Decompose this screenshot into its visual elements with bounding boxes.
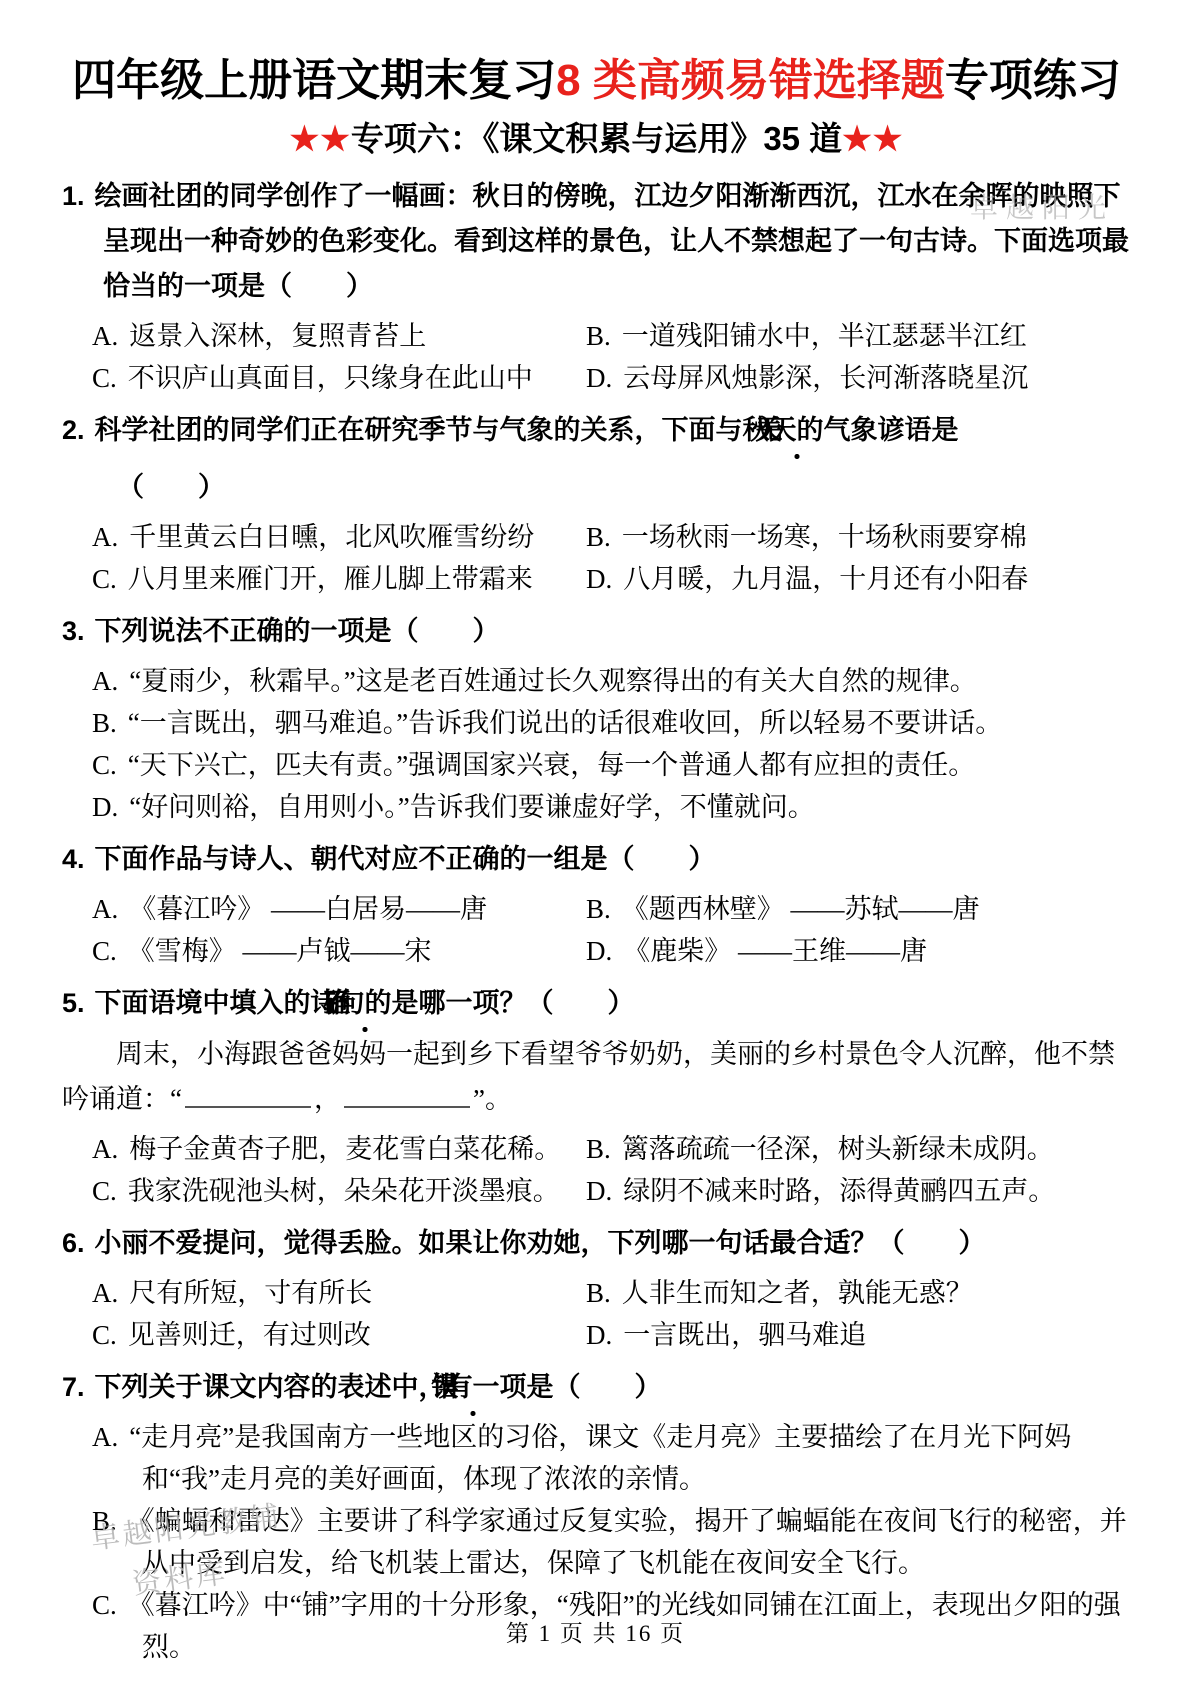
- question-stem: 2.科学社团的同学们正在研究季节与气象的关系，下面与秋天无关的气象谚语是: [62, 408, 1131, 453]
- option-label: A.: [92, 321, 118, 351]
- option-A: A.尺有所短，寸有所长: [92, 1272, 586, 1314]
- option-text: 不识庐山真面目，只缘身在此山中: [128, 363, 533, 393]
- option-text: 《题西林壁》 ——苏轼——唐: [622, 894, 980, 924]
- option-label: B.: [586, 894, 611, 924]
- stars-right-icon: ★★: [842, 120, 903, 157]
- option-text: 云母屏风烛影深，长河渐落晓星沉: [623, 363, 1028, 393]
- option-label: C.: [92, 1176, 117, 1206]
- option-A: A.梅子金黄杏子肥，麦花雪白菜花稀。: [92, 1128, 586, 1170]
- stars-left-icon: ★★: [290, 120, 351, 157]
- option-text: 梅子金黄杏子肥，麦花雪白菜花稀。: [129, 1134, 561, 1164]
- option-text: 返景入深林，复照青苔上: [129, 321, 426, 351]
- question-block: 4.下面作品与诗人、朝代对应不正确的一组是（ ）A.《暮江吟》 ——白居易——唐…: [62, 837, 1131, 972]
- option-A: A.“走月亮”是我国南方一些地区的习俗，课文《走月亮》主要描绘了在月光下阿妈和“…: [92, 1416, 1131, 1500]
- question-number: 7.: [62, 1372, 85, 1402]
- option-text: 绿阴不减来时路，添得黄鹂四五声。: [623, 1176, 1055, 1206]
- options-list: A.《暮江吟》 ——白居易——唐B.《题西林壁》 ——苏轼——唐C.《雪梅》 —…: [92, 888, 1131, 972]
- worksheet-page: 四年级上册语文期末复习8 类高频易错选择题专项练习 ★★专项六：《课文积累与运用…: [0, 0, 1191, 1668]
- option-text: 八月里来雁门开，雁儿脚上带霜来: [128, 564, 533, 594]
- question-stem: 4.下面作品与诗人、朝代对应不正确的一组是（ ）: [62, 837, 1131, 882]
- option-A: A.“夏雨少，秋霜早。”这是老百姓通过长久观察得出的有关大自然的规律。: [92, 660, 1131, 702]
- option-text: 八月暖，九月温，十月还有小阳春: [623, 564, 1028, 594]
- option-label: C.: [92, 564, 117, 594]
- question-block: 5.下面语境中填入的诗句不正确的是哪一项？（ ）周末，小海跟爸爸妈妈一起到乡下看…: [62, 981, 1131, 1212]
- question-block: 6.小丽不爱提问，觉得丢脸。如果让你劝她，下列哪一句话最合适？（ ）A.尺有所短…: [62, 1221, 1131, 1356]
- option-B: B.“一言既出，驷马难追。”告诉我们说出的话很难收回，所以轻易不要讲话。: [92, 702, 1131, 744]
- option-C: C.《雪梅》 ——卢钺——宋: [92, 930, 586, 972]
- option-label: B.: [586, 1134, 611, 1164]
- question-number: 5.: [62, 988, 85, 1018]
- option-B: B.一场秋雨一场寒，十场秋雨要穿棉: [586, 516, 1131, 558]
- option-B: B.一道残阳铺水中，半江瑟瑟半江红: [586, 315, 1131, 357]
- title-part-red: 8 类高频易错选择题: [556, 56, 945, 105]
- option-D: D.一言既出，驷马难追: [586, 1314, 1131, 1356]
- title-part-black-1: 四年级上册语文期末复习: [72, 56, 556, 105]
- question-number: 4.: [62, 844, 85, 874]
- option-text: 一场秋雨一场寒，十场秋雨要穿棉: [622, 522, 1027, 552]
- option-text: 尺有所短，寸有所长: [129, 1278, 372, 1308]
- question-stem: 5.下面语境中填入的诗句不正确的是哪一项？（ ）: [62, 981, 1131, 1026]
- option-C: C.“天下兴亡，匹夫有责。”强调国家兴衰，每一个普通人都有应担的责任。: [92, 744, 1131, 786]
- option-C: C.八月里来雁门开，雁儿脚上带霜来: [92, 558, 586, 600]
- option-label: B.: [586, 522, 611, 552]
- option-C: C.不识庐山真面目，只缘身在此山中: [92, 357, 586, 399]
- question-block: 2.科学社团的同学们正在研究季节与气象的关系，下面与秋天无关的气象谚语是（ ）A…: [62, 408, 1131, 600]
- question-stem: 3.下列说法不正确的一项是（ ）: [62, 609, 1131, 654]
- option-label: C.: [92, 936, 117, 966]
- option-D: D.《鹿柴》 ——王维——唐: [586, 930, 1131, 972]
- option-label: D.: [586, 936, 612, 966]
- option-label: B.: [586, 321, 611, 351]
- question-context: 周末，小海跟爸爸妈妈一起到乡下看望爷爷奶奶，美丽的乡村景色令人沉醉，他不禁吟诵道…: [62, 1032, 1131, 1122]
- option-label: B.: [92, 708, 117, 738]
- option-label: C.: [92, 750, 117, 780]
- option-text: “走月亮”是我国南方一些地区的习俗，课文《走月亮》主要描绘了在月光下阿妈和“我”…: [129, 1422, 1071, 1494]
- blank-underline: [344, 1081, 470, 1108]
- option-text: 一言既出，驷马难追: [623, 1320, 866, 1350]
- option-text: 我家洗砚池头树，朵朵花开淡墨痕。: [128, 1176, 560, 1206]
- option-label: D.: [586, 1320, 612, 1350]
- option-text: 《暮江吟》 ——白居易——唐: [129, 894, 487, 924]
- option-text: 《雪梅》 ——卢钺——宋: [128, 936, 432, 966]
- options-list: A.尺有所短，寸有所长B.人非生而知之者，孰能无惑？C.见善则迁，有过则改D.一…: [92, 1272, 1131, 1356]
- option-label: A.: [92, 1278, 118, 1308]
- question-block: 3.下列说法不正确的一项是（ ）A.“夏雨少，秋霜早。”这是老百姓通过长久观察得…: [62, 609, 1131, 828]
- question-number: 1.: [62, 181, 85, 211]
- page-number-footer: 第 1 页 共 16 页: [0, 1615, 1191, 1648]
- option-label: A.: [92, 1422, 118, 1452]
- option-text: 千里黄云白日曛，北风吹雁雪纷纷: [129, 522, 534, 552]
- option-B: B.人非生而知之者，孰能无惑？: [586, 1272, 1131, 1314]
- question-list: 1.绘画社团的同学创作了一幅画：秋日的傍晚，江边夕阳渐渐西沉，江水在余晖的映照下…: [62, 174, 1131, 1668]
- option-label: D.: [92, 792, 118, 822]
- watermark-top-right: 卓越阳光: [970, 186, 1114, 226]
- option-text: 见善则迁，有过则改: [128, 1320, 371, 1350]
- option-D: D.云母屏风烛影深，长河渐落晓星沉: [586, 357, 1131, 399]
- option-label: D.: [586, 1176, 612, 1206]
- option-A: A.《暮江吟》 ——白居易——唐: [92, 888, 586, 930]
- option-label: A.: [92, 522, 118, 552]
- option-label: B.: [586, 1278, 611, 1308]
- options-list: A.千里黄云白日曛，北风吹雁雪纷纷B.一场秋雨一场寒，十场秋雨要穿棉C.八月里来…: [92, 516, 1131, 600]
- options-list: A.梅子金黄杏子肥，麦花雪白菜花稀。B.篱落疏疏一径深，树头新绿未成阴。C.我家…: [92, 1128, 1131, 1212]
- option-D: D.绿阴不减来时路，添得黄鹂四五声。: [586, 1170, 1131, 1212]
- option-text: 篱落疏疏一径深，树头新绿未成阴。: [622, 1134, 1054, 1164]
- question-number: 6.: [62, 1228, 85, 1258]
- options-list: A.“夏雨少，秋霜早。”这是老百姓通过长久观察得出的有关大自然的规律。B.“一言…: [62, 660, 1131, 828]
- option-label: C.: [92, 363, 117, 393]
- option-A: A.千里黄云白日曛，北风吹雁雪纷纷: [92, 516, 586, 558]
- option-label: D.: [586, 564, 612, 594]
- blank-underline: [185, 1081, 311, 1108]
- question-stem: 7.下列关于课文内容的表述中，有错误一项是（ ）: [62, 1365, 1131, 1410]
- option-label: A.: [92, 1134, 118, 1164]
- option-D: D.“好问则裕，自用则小。”告诉我们要谦虚好学，不懂就问。: [92, 786, 1131, 828]
- option-text: 一道残阳铺水中，半江瑟瑟半江红: [622, 321, 1027, 351]
- option-C: C.见善则迁，有过则改: [92, 1314, 586, 1356]
- option-B: B.《题西林壁》 ——苏轼——唐: [586, 888, 1131, 930]
- options-list: A.返景入深林，复照青苔上B.一道残阳铺水中，半江瑟瑟半江红C.不识庐山真面目，…: [92, 315, 1131, 399]
- option-C: C.我家洗砚池头树，朵朵花开淡墨痕。: [92, 1170, 586, 1212]
- title-part-black-2: 专项练习: [945, 56, 1121, 105]
- option-text: 《鹿柴》 ——王维——唐: [623, 936, 927, 966]
- option-text: “好问则裕，自用则小。”告诉我们要谦虚好学，不懂就问。: [129, 792, 814, 822]
- option-B: B.篱落疏疏一径深，树头新绿未成阴。: [586, 1128, 1131, 1170]
- option-text: “夏雨少，秋霜早。”这是老百姓通过长久观察得出的有关大自然的规律。: [129, 666, 976, 696]
- question-stem: 6.小丽不爱提问，觉得丢脸。如果让你劝她，下列哪一句话最合适？（ ）: [62, 1221, 1131, 1266]
- option-label: C.: [92, 1320, 117, 1350]
- option-D: D.八月暖，九月温，十月还有小阳春: [586, 558, 1131, 600]
- question-number: 2.: [62, 415, 85, 445]
- option-text: “天下兴亡，匹夫有责。”强调国家兴衰，每一个普通人都有应担的责任。: [128, 750, 975, 780]
- option-label: A.: [92, 894, 118, 924]
- subtitle-text: 专项六：《课文积累与运用》35 道: [351, 120, 842, 157]
- option-text: “一言既出，驷马难追。”告诉我们说出的话很难收回，所以轻易不要讲话。: [128, 708, 1002, 738]
- page-title: 四年级上册语文期末复习8 类高频易错选择题专项练习: [62, 56, 1131, 107]
- option-label: D.: [586, 363, 612, 393]
- answer-parentheses: （ ）: [117, 465, 1131, 510]
- section-subtitle: ★★专项六：《课文积累与运用》35 道★★: [62, 119, 1131, 159]
- option-label: A.: [92, 666, 118, 696]
- question-number: 3.: [62, 616, 85, 646]
- option-text: 人非生而知之者，孰能无惑？: [622, 1278, 973, 1308]
- option-A: A.返景入深林，复照青苔上: [92, 315, 586, 357]
